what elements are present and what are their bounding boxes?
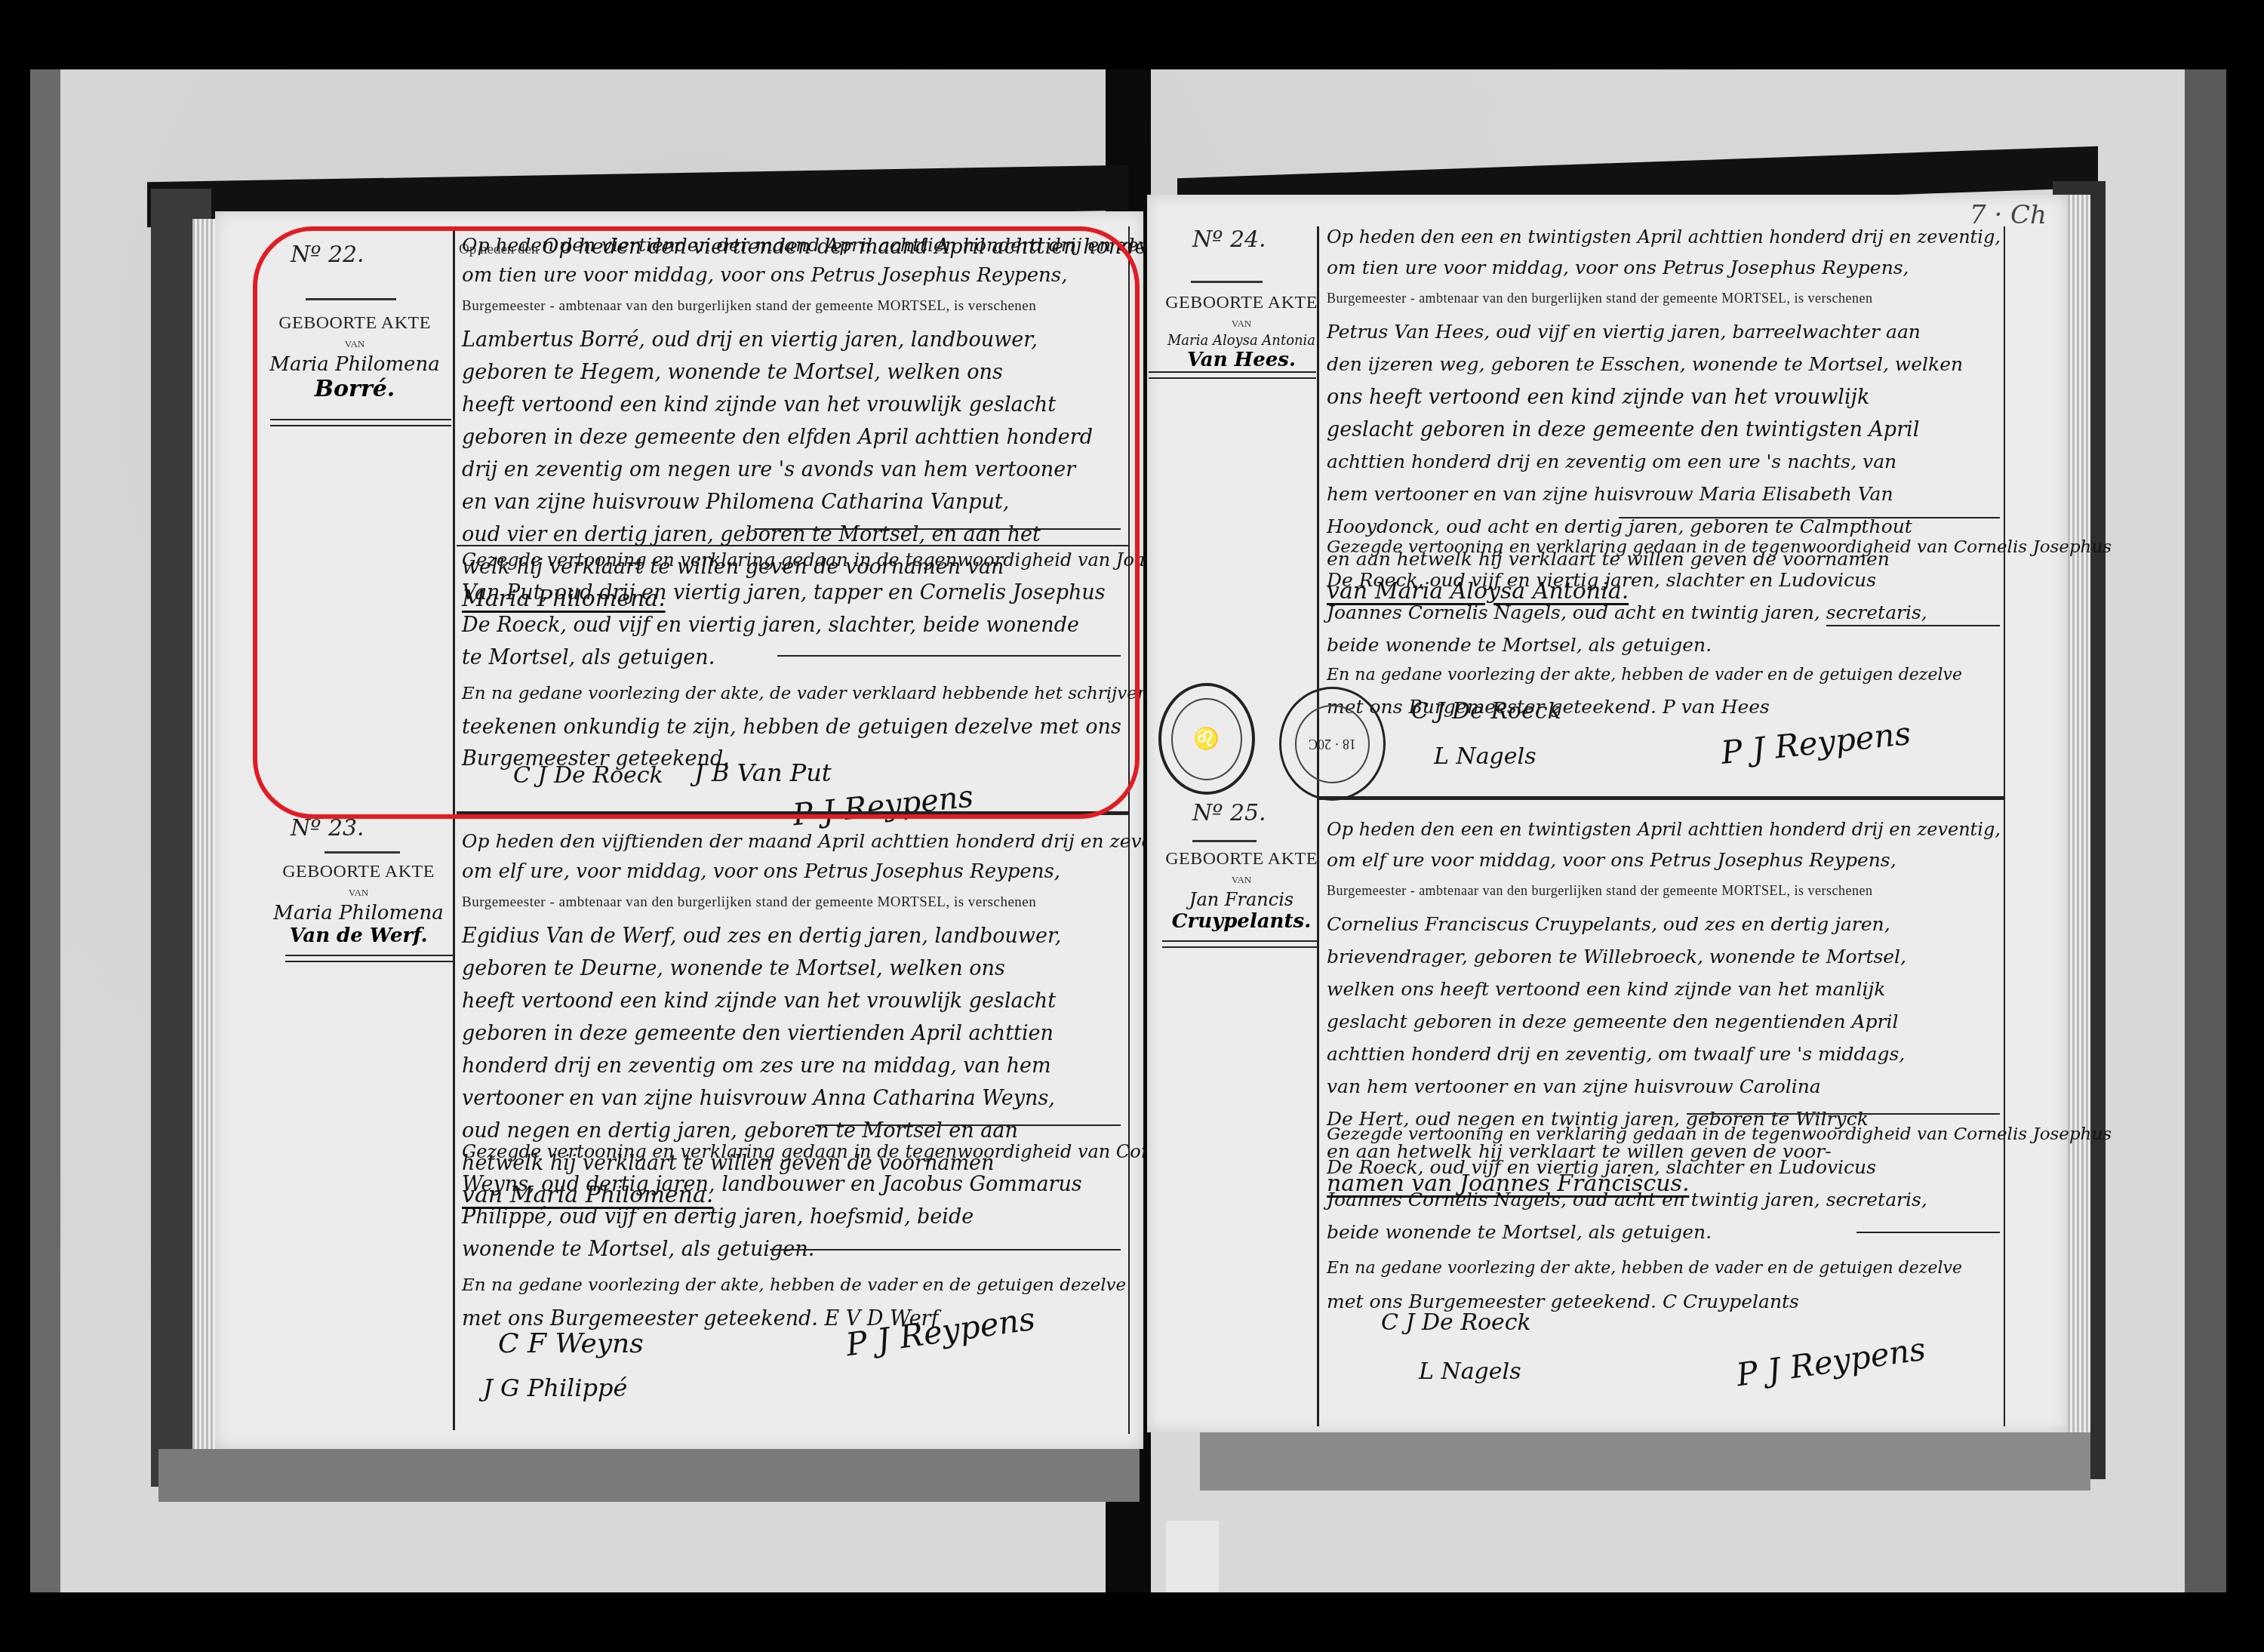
body-line-2: om elf ure, voor middag, voor ons Petrus… [462,860,1060,883]
witness-line-3: Philippé, oud vijf en dertig jaren, hoef… [462,1205,974,1229]
akte-label: GEBOORTE AKTE [260,862,457,882]
body-line-3: Burgemeester - ambtenaar van den burgerl… [1327,883,1873,899]
child-surname: Van Hees. [1162,349,1321,371]
van-label: VAN [1162,318,1321,330]
closing-line-1: En na gedane voorlezing der akte, hebben… [1327,666,1962,684]
witness-line-2: Weyns, oud dertig jaren, landbouwer en J… [462,1173,1082,1196]
right-margin-rule [1317,226,1319,1426]
body-line-4: Cornelius Franciscus Cruypelants, oud ze… [1327,913,1890,935]
witness-line-2: De Roeck, oud vijf en viertig jaren, sla… [1327,1156,1876,1178]
signature-witness-1: C F Weyns [498,1328,644,1359]
van-label: VAN [260,887,457,899]
entry-number: Nº 24. [1177,226,1313,253]
body-line-3: Burgemeester - ambtenaar van den burgerl… [462,894,1036,911]
body-line-6: ons heeft vertoond een kind zijnde van h… [1327,386,1869,409]
stamp-value: 18 · 20C [1295,705,1370,783]
witness-line-4: wonende te Mortsel, als getuigen. [462,1238,814,1261]
body-line-5: den ijzeren weg, geboren te Esschen, won… [1327,353,1963,375]
entry-number: Nº 23. [257,815,445,841]
signature-witness-2: J G Philippé [483,1374,627,1402]
body-line-9: vertooner en van zijne huisvrouw Anna Ca… [462,1087,1055,1110]
child-given-names: Maria Aloysa Antonia [1162,333,1321,349]
entry-24-akte: GEBOORTE AKTE VAN Maria Aloysa Antonia V… [1162,293,1321,371]
body-line-10: Hooydonck, oud acht en dertig jaren, geb… [1327,515,1912,537]
fill-rule [815,1124,1121,1126]
entry-25-margin: Nº 25. [1177,800,1313,826]
body-line-8: achttien honderd drij en zeventig om een… [1327,451,1896,472]
body-line-6: heeft vertoond een kind zijnde van het v… [462,989,1056,1013]
tax-stamp-dated: 18 · 20C [1279,687,1386,801]
body-line-5: geboren te Deurne, wonende te Mortsel, w… [462,957,1005,980]
spine-tab [1166,1521,1219,1592]
body-line-2: om elf ure voor middag, voor ons Petrus … [1327,849,1896,871]
body-line-9: van hem vertooner en van zijne huisvrouw… [1327,1075,1821,1097]
page-edges-left [192,219,215,1449]
body-line-10: oud negen en dertig jaren, geboren te Mo… [462,1119,1018,1143]
entry-23-margin: Nº 23. [257,815,445,841]
witness-line-1: Gezegde vertooning en verklaring gedaan … [1327,1124,2112,1144]
scan-left-edge [30,69,60,1592]
right-right-rule [2004,226,2005,1426]
margin-double-rule [285,955,455,962]
body-line-8: achttien honderd drij en zeventig, om tw… [1327,1043,1905,1065]
entry-divider [1319,796,2004,800]
lion-icon: ♌ [1171,698,1242,780]
page-edges-right [2068,195,2090,1432]
body-line-2: om tien ure voor middag, voor ons Petrus… [1327,257,1909,278]
witness-line-1: Gezegde vertooning en verklaring gedaan … [1327,537,2112,557]
body-line-4: Petrus Van Hees, oud vijf en viertig jar… [1327,321,1921,343]
short-rule [325,851,400,854]
akte-label: GEBOORTE AKTE [1162,293,1321,313]
short-rule [1192,840,1257,842]
akte-label: GEBOORTE AKTE [1162,849,1321,869]
entry-23-akte: GEBOORTE AKTE VAN Maria Philomena Van de… [260,862,457,947]
child-surname: Cruypelants. [1162,910,1321,933]
entry-number: Nº 25. [1177,800,1313,826]
body-line-8: honderd drij en zeventig om zes ure na m… [462,1054,1051,1078]
body-line-5: brievendrager, geboren te Willebroeck, w… [1327,946,1906,968]
margin-double-rule [1162,940,1317,948]
entry-25-akte: GEBOORTE AKTE VAN Jan Francis Cruypelant… [1162,849,1321,933]
witness-line-2: De Roeck, oud vijf en viertig jaren, sla… [1327,569,1876,591]
fill-rule [1826,625,2000,626]
highlight-annotation [253,226,1140,819]
van-label: VAN [1162,874,1321,886]
witness-line-3: Joannes Cornelis Nagels, oud acht en twi… [1327,601,1927,623]
signature-witness-2: L Nagels [1419,1358,1521,1385]
body-line-9: hem vertooner en van zijne huisvrouw Mar… [1327,483,1893,505]
child-given-names: Maria Philomena [260,902,457,924]
scan-right-edge [2185,69,2226,1592]
fill-rule [1856,1232,2000,1233]
fill-rule [770,1249,1121,1251]
signature-witness-2: L Nagels [1434,743,1537,770]
body-line-1: Op heden den een en twintigsten April ac… [1327,819,2001,840]
tax-stamp-lion: ♌ [1158,683,1255,795]
entry-24-margin: Nº 24. [1177,226,1313,253]
body-line-7: geboren in deze gemeente den viertienden… [462,1022,1054,1045]
body-line-1: Op heden den een en twintigsten April ac… [1327,226,2001,248]
fill-rule [1619,517,2000,518]
book-cover-bottom-right [1200,1426,2090,1490]
body-line-7: geslacht geboren in deze gemeente den ne… [1327,1011,1898,1032]
witness-line-4: beide wonende te Mortsel, als getuigen. [1327,634,1712,656]
short-rule [1191,281,1263,283]
body-line-1: Op heden den vijftienden der maand April… [462,830,1197,852]
body-line-7: geslacht geboren in deze gemeente den tw… [1327,418,1919,441]
child-surname: Van de Werf. [260,924,457,947]
witness-line-4: beide wonende te Mortsel, als getuigen. [1327,1221,1712,1243]
child-given-names: Jan Francis [1162,889,1321,910]
body-line-6: welken ons heeft vertoond een kind zijnd… [1327,978,1885,1000]
body-line-4: Egidius Van de Werf, oud zes en dertig j… [462,924,1061,948]
margin-double-rule [1149,371,1316,379]
signature-witness-1: C J De Roeck [1411,698,1561,724]
witness-line-3: Joannes Cornelis Nagels, oud acht en twi… [1327,1189,1927,1211]
signature-witness-1: C J De Roeck [1381,1309,1531,1336]
closing-line-1: En na gedane voorlezing der akte, hebben… [1327,1259,1962,1278]
body-line-3: Burgemeester - ambtenaar van den burgerl… [1327,291,1873,306]
fill-rule [1687,1113,2000,1115]
book-cover-bottom-left [158,1449,1140,1502]
folio-number: 7 · Ch [1970,200,2047,230]
closing-line-1: En na gedane voorlezing der akte, hebben… [462,1275,1126,1295]
